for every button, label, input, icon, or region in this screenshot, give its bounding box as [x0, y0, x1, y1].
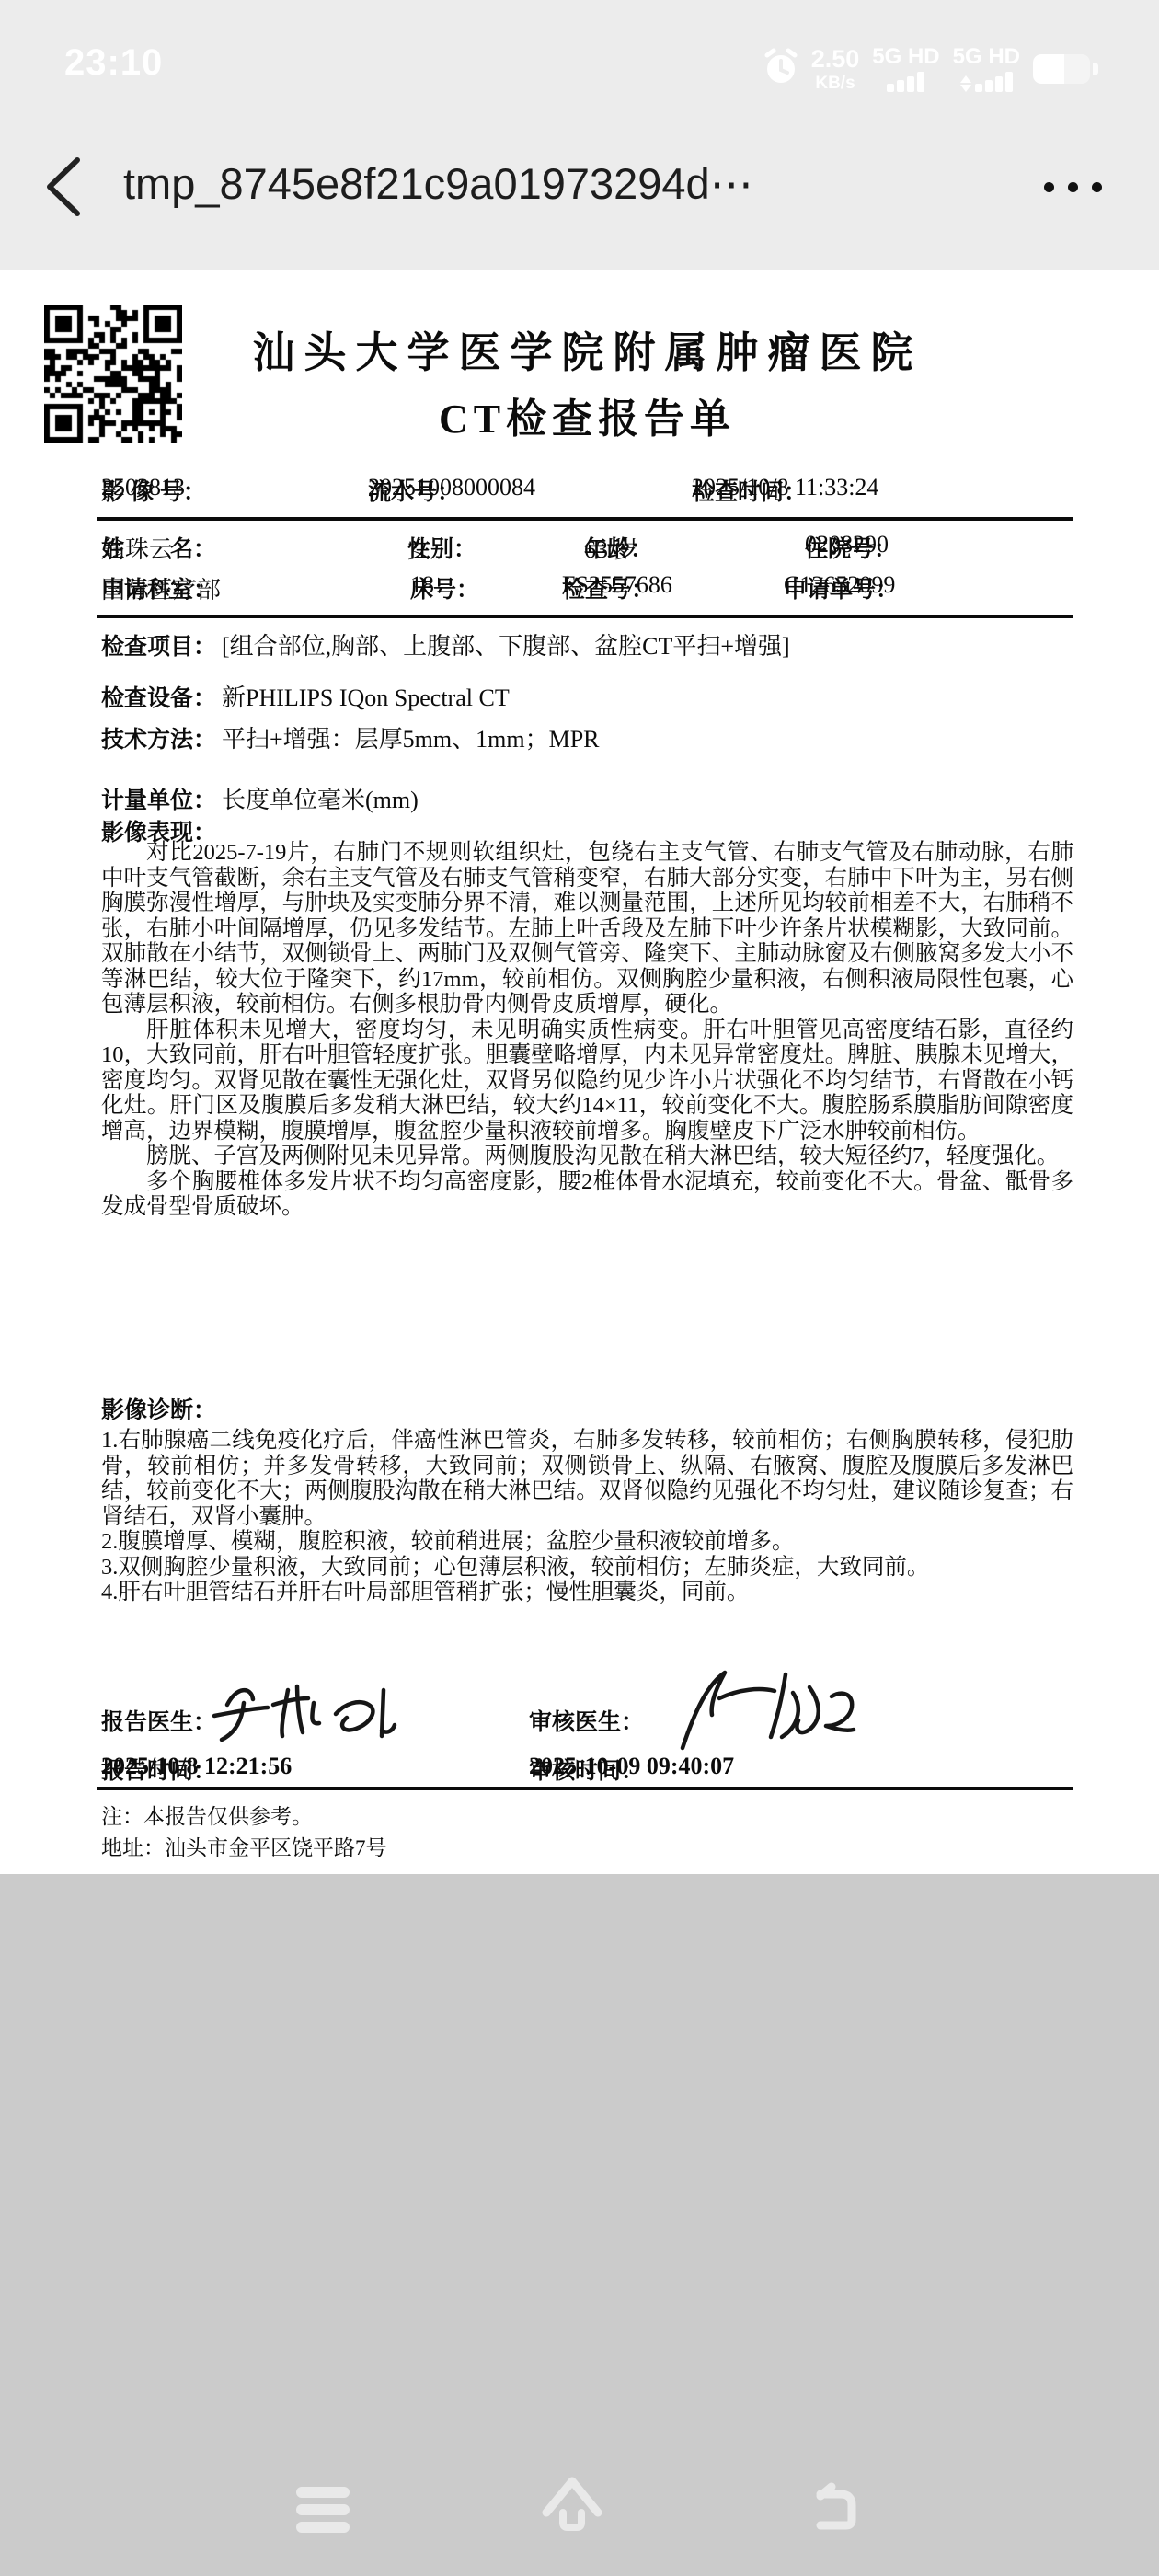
- recents-icon: [296, 2522, 350, 2533]
- technique-row: 技术方法： 平扫+增强：层厚5mm、1mm；MPR: [101, 720, 1113, 754]
- more-options-button[interactable]: [1044, 182, 1102, 192]
- review-doctor-signature: [655, 1663, 903, 1755]
- recents-icon: [296, 2487, 350, 2498]
- recents-icon: [296, 2504, 350, 2515]
- more-dots-icon: [1068, 182, 1078, 192]
- findings-paragraph: 膀胱、子宫及两侧附见未见异常。两侧腹股沟见散在稍大淋巴结，较大短径约7，轻度强化…: [101, 1144, 1073, 1169]
- exam-device-row: 检查设备： 新PHILIPS IQon Spectral CT: [101, 679, 1113, 713]
- diagnosis-item: 3.双侧胸腔少量积液，大致同前；心包薄层积液，较前相仿；左肺炎症，大致同前。: [101, 1555, 1073, 1581]
- sex-value: 女: [407, 531, 431, 565]
- admission-no-value: 0208290: [805, 531, 889, 558]
- diagnosis-label: 影像诊断：: [101, 1392, 216, 1425]
- unit-value: 长度单位毫米(mm): [222, 781, 419, 815]
- clock-text: 23:10: [64, 42, 163, 84]
- ct-report-document: 汕头大学医学院附属肿瘤医院 CT检查报告单 影 像 号：2503813 流水号：…: [0, 270, 1159, 1874]
- back-chevron-icon: [37, 155, 92, 219]
- findings-paragraph: 对比2025-7-19片，右肺门不规则软组织灶，包绕右主支气管、右肺支气管及右肺…: [101, 840, 1073, 1018]
- bed-no-value: 18: [410, 571, 434, 599]
- signal-bars-icon: [887, 72, 924, 92]
- findings-paragraph: 多个胸腰椎体多发片状不均匀高密度影，腰2椎体骨水泥填充，较前变化不大。骨盆、骶骨…: [101, 1169, 1073, 1220]
- diagnosis-body: 1.右肺腺癌二线免疫化疗后，伴癌性淋巴管炎，右肺多发转移，较前相仿；右侧胸膜转移…: [101, 1428, 1073, 1605]
- exam-items-row: 检查项目： [组合部位,胸部、上腹部、下腹部、盆腔CT平扫+增强]: [101, 627, 1113, 661]
- battery-tip: [1093, 63, 1098, 75]
- back-nav-button[interactable]: [804, 2481, 863, 2537]
- more-dots-icon: [1092, 182, 1102, 192]
- review-time-value: 2025-10-09 09:40:07: [529, 1753, 734, 1780]
- request-no-value: C12652099: [784, 571, 895, 599]
- divider-line: [97, 1787, 1073, 1790]
- diagnosis-item: 2.腹膜增厚、模糊，腹腔积液，较前稍进展；盆腔少量积液较前增多。: [101, 1529, 1073, 1555]
- technique-label: 技术方法：: [101, 721, 216, 754]
- report-doctor-signature: [207, 1675, 423, 1749]
- diagnosis-item: 1.右肺腺癌二线免疫化疗后，伴癌性淋巴管炎，右肺多发转移，较前相仿；右侧胸膜转移…: [101, 1428, 1073, 1529]
- note-text: 注：本报告仅供参考。: [101, 1800, 313, 1830]
- diagnosis-item: 4.肝右叶胆管结石并肝右叶局部胆管稍扩张；慢性胆囊炎，同前。: [101, 1580, 1073, 1605]
- exam-items-label: 检查项目：: [101, 628, 216, 661]
- name-value: 翁珠云: [101, 531, 173, 565]
- serial-no-value: 20251008000084: [368, 474, 535, 501]
- alarm-icon: [763, 48, 798, 91]
- image-no-value: 2503813: [101, 474, 185, 501]
- review-doctor-label: 审核医生：: [529, 1704, 644, 1737]
- address-text: 地址：汕头市金平区饶平路7号: [101, 1831, 387, 1861]
- exam-device-label: 检查设备：: [101, 680, 216, 713]
- findings-body: 对比2025-7-19片，右肺门不规则软组织灶，包绕右主支气管、右肺支气管及右肺…: [101, 840, 1073, 1220]
- technique-value: 平扫+增强：层厚5mm、1mm；MPR: [222, 720, 599, 754]
- sim1-signal: 5G HD: [872, 46, 939, 92]
- report-doctor-label: 报告医生：: [101, 1704, 216, 1737]
- report-title: CT检查报告单: [101, 385, 1073, 444]
- meta-row: 影 像 号：2503813 流水号：20251008000084 检查时间：20…: [101, 474, 1073, 501]
- sim2-signal: 5G HD: [953, 46, 1020, 92]
- exam-no-value: FS2557686: [562, 571, 672, 599]
- back-icon: [804, 2481, 863, 2533]
- network-speed-value: 2.50: [811, 47, 860, 72]
- age-value: 63 岁: [584, 531, 638, 565]
- status-bar: 23:10 2.50 KB/s 5G HD 5G HD: [0, 0, 1159, 101]
- more-dots-icon: [1044, 182, 1054, 192]
- home-button[interactable]: [539, 2474, 605, 2537]
- department-value: 国际医疗部: [101, 571, 221, 605]
- exam-time-value: 2025/10/8 11:33:24: [692, 474, 878, 501]
- exam-items-value: [组合部位,胸部、上腹部、下腹部、盆腔CT平扫+增强]: [222, 627, 790, 661]
- hospital-name: 汕头大学医学院附属肿瘤医院: [101, 319, 1073, 380]
- report-time-value: 2025/10/8 12:21:56: [101, 1753, 292, 1780]
- battery-icon: [1033, 54, 1090, 84]
- phone-screen: 23:10 2.50 KB/s 5G HD 5G HD: [0, 0, 1159, 2576]
- title-bar: tmp_8745e8f21c9a01973294d⋯: [0, 101, 1159, 270]
- exam-device-value: 新PHILIPS IQon Spectral CT: [222, 679, 510, 713]
- patient-row-1: 姓 名：翁珠云 性别：女 年龄：63 岁 住院号：0208290: [101, 531, 1073, 558]
- footer-area: [0, 1874, 1159, 2576]
- document-title: tmp_8745e8f21c9a01973294d⋯: [123, 158, 988, 210]
- patient-row-2: 申请科室：国际医疗部 床号：18 检查号：FS2557686 申请单号：C126…: [101, 571, 1073, 599]
- home-icon: [539, 2474, 605, 2533]
- times-row: 报告时间：2025/10/8 12:21:56 审核时间：2025-10-09 …: [101, 1753, 1073, 1780]
- status-icons-cluster: 2.50 KB/s 5G HD 5G HD: [763, 46, 1098, 92]
- unit-row: 计量单位： 长度单位毫米(mm): [101, 781, 1113, 815]
- divider-line: [97, 615, 1073, 618]
- data-updown-icon: [960, 75, 971, 92]
- findings-paragraph: 肝脏体积未见增大，密度均匀，未见明确实质性病变。肝右叶胆管见高密度结石影，直径约…: [101, 1018, 1073, 1144]
- network-speed-unit: KB/s: [815, 75, 855, 92]
- signal-bars-icon: [975, 72, 1013, 92]
- unit-label: 计量单位：: [101, 782, 216, 815]
- recents-button[interactable]: [296, 2487, 350, 2539]
- divider-line: [97, 517, 1073, 521]
- sim2-network-type: 5G HD: [953, 46, 1020, 68]
- sim1-network-type: 5G HD: [872, 46, 939, 68]
- back-button[interactable]: [37, 155, 92, 219]
- network-speed: 2.50 KB/s: [811, 47, 860, 92]
